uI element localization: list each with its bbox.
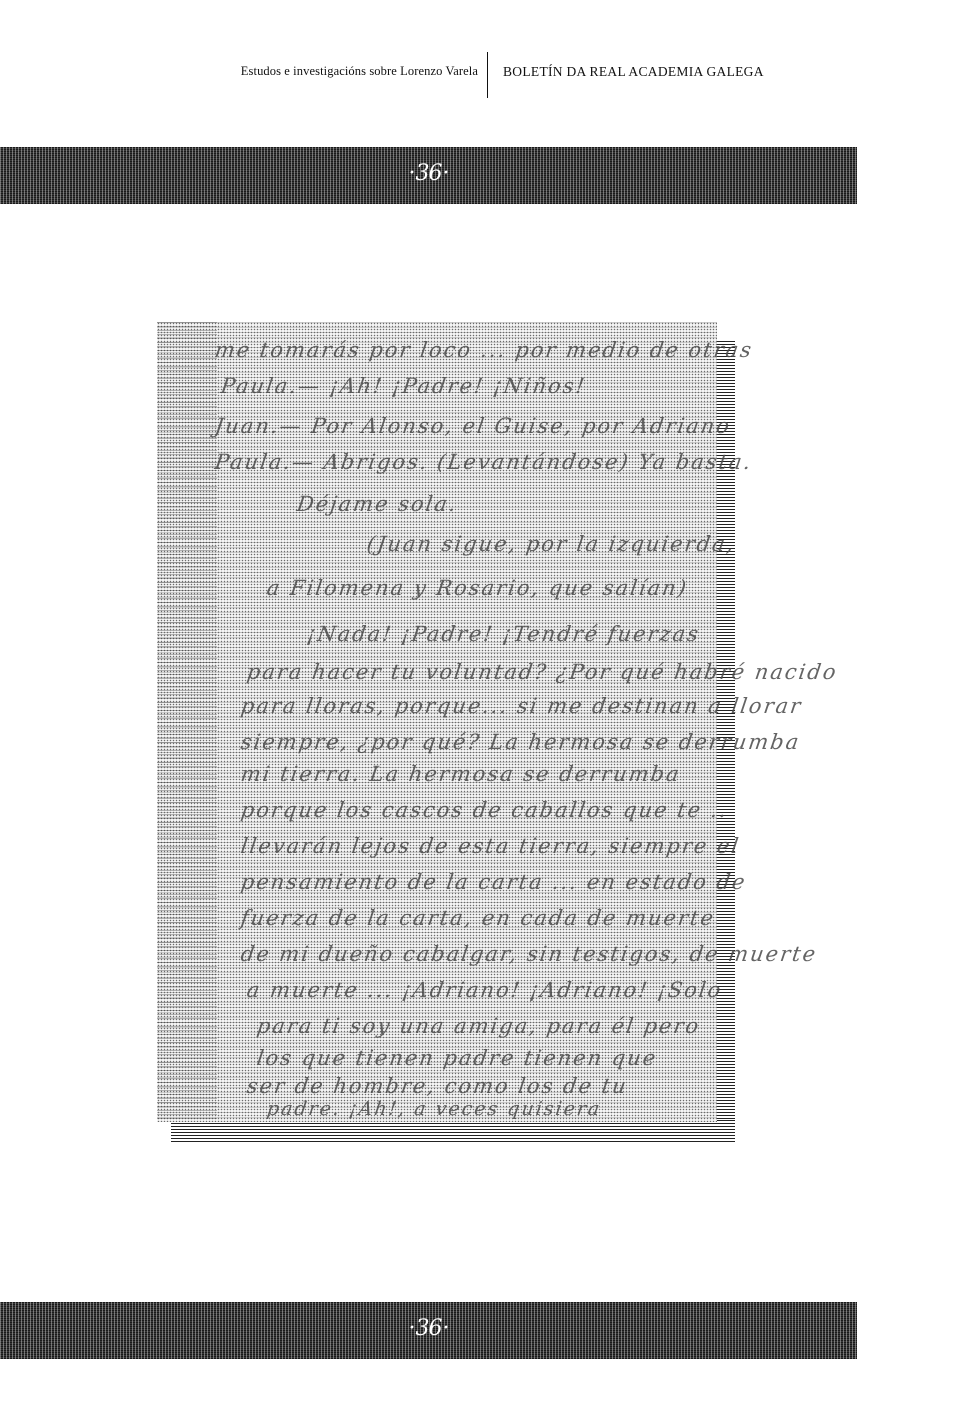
manuscript-figure: me tomarás por loco ... por medio de otr… bbox=[157, 322, 737, 1144]
manuscript-page-scan: me tomarás por loco ... por medio de otr… bbox=[157, 322, 717, 1122]
handwritten-line: llevarán lejos de esta tierra, siempre e… bbox=[239, 834, 742, 858]
handwritten-line: ser de hombre, como los de tu bbox=[245, 1074, 629, 1098]
handwritten-line: (Juan sigue, por la izquierda, bbox=[365, 532, 737, 556]
handwritten-line: me tomarás por loco ... por medio de otr… bbox=[213, 338, 754, 362]
handwritten-line: ¡Nada! ¡Padre! ¡Tendré fuerzas bbox=[305, 622, 701, 646]
handwritten-line: mi tierra. La hermosa se derrumba bbox=[239, 762, 682, 786]
handwritten-line: a Filomena y Rosario, que salían) bbox=[265, 576, 689, 600]
handwritten-line: siempre, ¿por qué? La hermosa se derrumb… bbox=[239, 730, 802, 754]
handwritten-line: Paula.— Abrigos. (Levantándose) Ya basta… bbox=[213, 450, 754, 474]
handwritten-line: padre. ¡Ah!, a veces quisiera bbox=[265, 1098, 602, 1120]
handwritten-line: pensamiento de la carta ... en estado de bbox=[239, 870, 748, 894]
running-head-journal-title: BOLETÍN DA REAL ACADEMIA GALEGA bbox=[503, 64, 764, 80]
handwritten-line: para lloras, porque... si me destinan a … bbox=[239, 694, 804, 718]
handwritten-line: porque los cascos de caballos que te .. bbox=[239, 798, 730, 822]
handwritten-line: Déjame sola. bbox=[295, 492, 459, 516]
handwritten-text: me tomarás por loco ... por medio de otr… bbox=[157, 322, 717, 1122]
handwritten-line: para hacer tu voluntad? ¿Por qué habré n… bbox=[245, 660, 839, 684]
running-head: Estudos e investigacións sobre Lorenzo V… bbox=[0, 52, 975, 100]
handwritten-line: de mi dueño cabalgar, sin testigos, de m… bbox=[239, 942, 818, 966]
manuscript-shadow-bottom bbox=[171, 1120, 735, 1142]
running-head-series-title: Estudos e investigacións sobre Lorenzo V… bbox=[241, 64, 478, 79]
handwritten-line: a muerte ... ¡Adriano! ¡Adriano! ¡Solo bbox=[245, 978, 724, 1002]
handwritten-line: para ti soy una amiga, para él pero bbox=[255, 1014, 702, 1038]
header-page-band: 36 bbox=[0, 147, 857, 204]
handwritten-line: los que tienen padre tienen que bbox=[255, 1046, 659, 1070]
footer-page-band: 36 bbox=[0, 1302, 857, 1359]
handwritten-line: fuerza de la carta, en cada de muerte bbox=[239, 906, 716, 930]
handwritten-line: Paula.— ¡Ah! ¡Padre! ¡Niños! bbox=[219, 374, 588, 398]
handwritten-line: Juan.— Por Alonso, el Guise, por Adriano bbox=[213, 414, 732, 438]
footer-page-number: 36 bbox=[0, 1316, 857, 1341]
running-head-divider bbox=[487, 52, 488, 98]
header-page-number: 36 bbox=[0, 161, 857, 186]
